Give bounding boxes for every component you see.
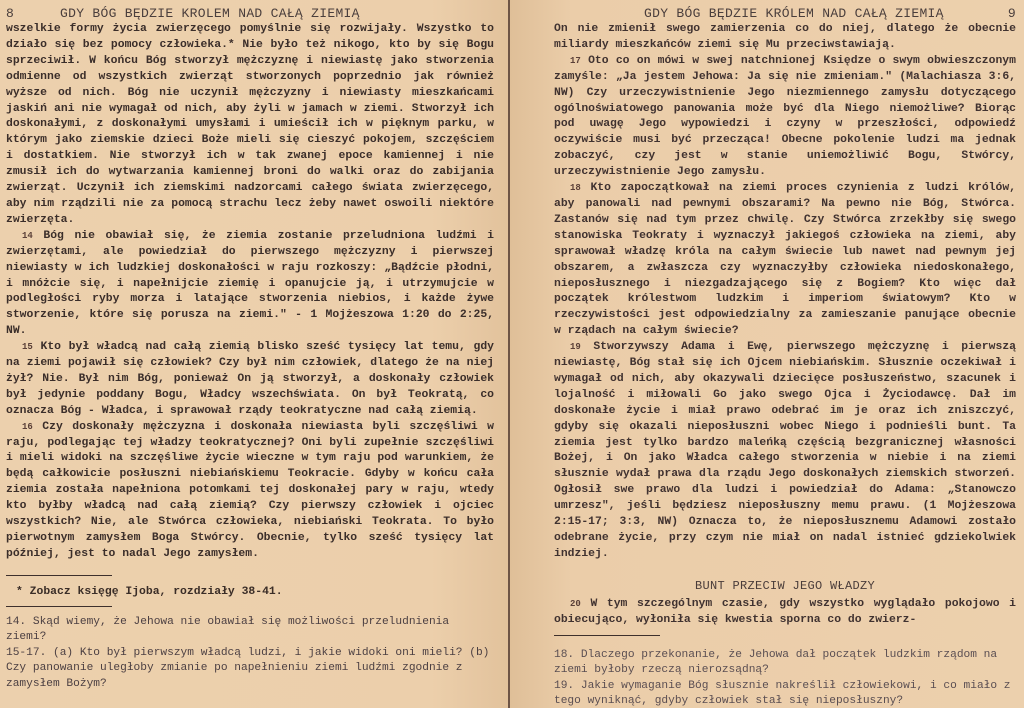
page-number: 9 xyxy=(1008,6,1016,21)
question: 19. Jakie wymaganie Bóg słusznie nakreśl… xyxy=(554,679,1016,708)
left-page: 8 GDY BÓG BĘDZIE KROLEM NAD CAŁĄ ZIEMIĄ … xyxy=(0,0,508,708)
paragraph-number: 15 xyxy=(22,342,33,352)
paragraph-16: 16 Czy doskonały mężczyzna i doskonała n… xyxy=(6,420,494,563)
paragraph-17: 17 Oto co on mówi w swej natchnionej Ksi… xyxy=(554,54,1016,181)
paragraph-number: 19 xyxy=(570,342,581,352)
paragraph-15: 15 Kto był władcą nad całą ziemią blisko… xyxy=(6,340,494,420)
footnote-divider xyxy=(6,575,112,576)
right-running-head: GDY BÓG BĘDZIE KRÓLEM NAD CAŁĄ ZIEMIĄ 9 xyxy=(554,4,1016,22)
questions-divider xyxy=(554,635,660,636)
running-title: GDY BÓG BĘDZIE KRÓLEM NAD CAŁĄ ZIEMIĄ xyxy=(644,6,944,21)
booklet-spread: 8 GDY BÓG BĘDZIE KROLEM NAD CAŁĄ ZIEMIĄ … xyxy=(0,0,1024,708)
left-running-head: 8 GDY BÓG BĘDZIE KROLEM NAD CAŁĄ ZIEMIĄ xyxy=(6,4,494,22)
paragraph: wszelkie formy życia zwierzęcego pomyśln… xyxy=(6,22,494,229)
paragraph-number: 18 xyxy=(570,183,581,193)
paragraph-number: 16 xyxy=(22,422,33,432)
paragraph-number: 17 xyxy=(570,56,581,66)
paragraph-number: 14 xyxy=(22,231,33,241)
study-questions: 14. Skąd wiemy, że Jehowa nie obawiał si… xyxy=(6,615,494,693)
study-questions: 18. Dlaczego przekonanie, że Jehowa dał … xyxy=(554,648,1016,708)
paragraph-18: 18 Kto zapoczątkował na ziemi proces czy… xyxy=(554,181,1016,340)
question: 15-17. (a) Kto był pierwszym władcą ludz… xyxy=(6,646,494,693)
paragraph-20: 20 W tym szczególnym czasie, gdy wszystk… xyxy=(554,597,1016,629)
question: 18. Dlaczego przekonanie, że Jehowa dał … xyxy=(554,648,1016,679)
paragraph: On nie zmienił swego zamierzenia co do n… xyxy=(554,22,1016,54)
questions-divider xyxy=(6,606,112,607)
paragraph-19: 19 Stworzywszy Adama i Ewę, pierwszego m… xyxy=(554,340,1016,563)
paragraph-14: 14 Bóg nie obawiał się, że ziemia zostan… xyxy=(6,229,494,340)
running-title: GDY BÓG BĘDZIE KROLEM NAD CAŁĄ ZIEMIĄ xyxy=(60,6,360,21)
right-page: GDY BÓG BĘDZIE KRÓLEM NAD CAŁĄ ZIEMIĄ 9 … xyxy=(510,0,1024,708)
question: 14. Skąd wiemy, że Jehowa nie obawiał si… xyxy=(6,615,494,646)
section-heading: BUNT PRZECIW JEGO WŁADZY xyxy=(554,579,1016,593)
footnote: * Zobacz księgę Ijoba, rozdziały 38-41. xyxy=(6,586,494,598)
page-number: 8 xyxy=(6,6,60,21)
paragraph-number: 20 xyxy=(570,599,581,609)
